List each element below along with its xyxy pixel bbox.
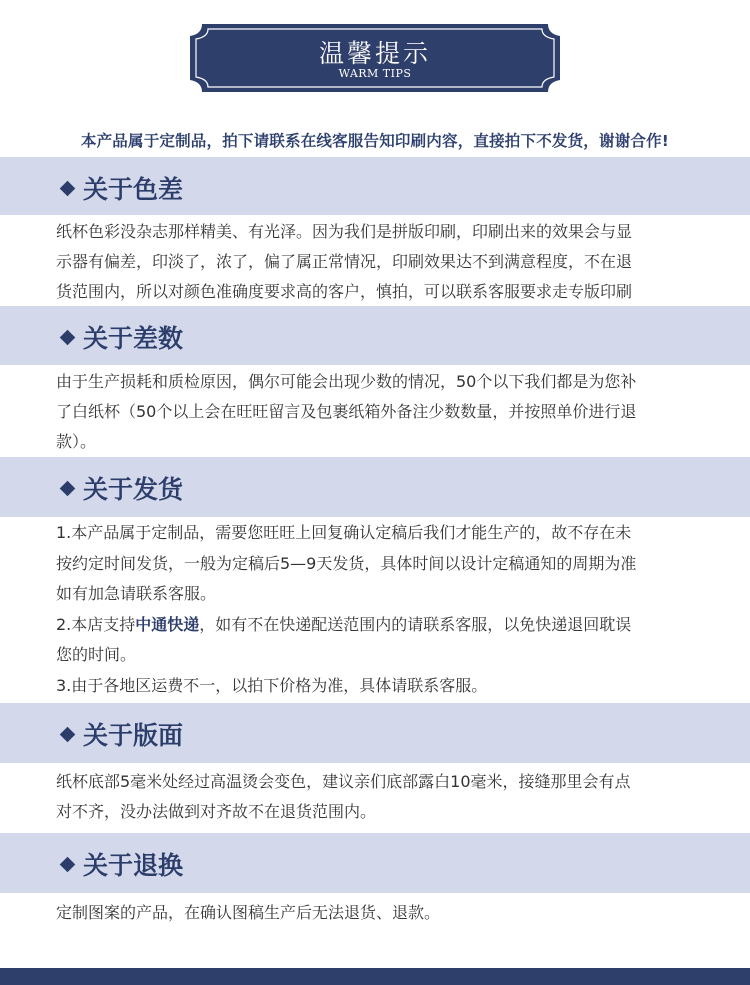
body-line: 1.本产品属于定制品，需要您旺旺上回复确认定稿后我们才能生产的，故不存在未 [56, 518, 706, 549]
body-line: 纸杯底部5毫米处经过高温烫会变色，建议亲们底部露白10毫米，接缝那里会有点 [56, 767, 706, 797]
diamond-icon [60, 726, 76, 742]
body-line: 3.由于各地区运费不一，以拍下价格为准，具体请联系客服。 [56, 671, 706, 702]
section-header-shipping: 关于发货 [0, 457, 750, 517]
body-line: 如有加急请联系客服。 [56, 579, 706, 610]
body-line: 示器有偏差，印淡了，浓了，偏了属正常情况，印刷效果达不到满意程度，不在退 [56, 247, 706, 277]
body-line: 款）。 [56, 427, 706, 457]
text-segment: ，如有不在快递配送范围内的请联系客服，以免快递退回耽误 [199, 615, 631, 634]
body-line: 了白纸杯（50个以上会在旺旺留言及包裹纸箱外备注少数数量，并按照单价进行退 [56, 397, 706, 427]
section-header-returns: 关于退换 [0, 833, 750, 893]
body-line: 2.本店支持中通快递，如有不在快递配送范围内的请联系客服，以免快递退回耽误 [56, 610, 706, 641]
body-line: 货范围内，所以对颜色准确度要求高的客户，慎拍，可以联系客服要求走专版印刷 [56, 277, 706, 307]
footer-bar [0, 968, 750, 985]
diamond-icon [60, 180, 76, 196]
section-title: 关于色差 [83, 170, 183, 206]
banner-title: 温馨提示 [190, 34, 560, 70]
diamond-icon [60, 329, 76, 345]
body-line: 由于生产损耗和质检原因，偶尔可能会出现少数的情况，50个以下我们都是为您补 [56, 367, 706, 397]
section-title: 关于退换 [83, 846, 183, 882]
section-body-shipping: 1.本产品属于定制品，需要您旺旺上回复确认定稿后我们才能生产的，故不存在未 按约… [56, 518, 706, 701]
body-line: 对不齐，没办法做到对齐故不在退货范围内。 [56, 797, 706, 827]
section-body-layout: 纸杯底部5毫米处经过高温烫会变色，建议亲们底部露白10毫米，接缝那里会有点 对不… [56, 767, 706, 827]
body-line: 按约定时间发货，一般为定稿后5—9天发货，具体时间以设计定稿通知的周期为准 [56, 549, 706, 580]
warm-tips-banner: 温馨提示 WARM TIPS [190, 24, 560, 92]
custom-product-notice: 本产品属于定制品，拍下请联系在线客服告知印刷内容，直接拍下不发货，谢谢合作! [0, 129, 750, 151]
body-line: 纸杯色彩没杂志那样精美、有光泽。因为我们是拼版印刷，印刷出来的效果会与显 [56, 217, 706, 247]
body-line: 您的时间。 [56, 640, 706, 671]
section-body-color-difference: 纸杯色彩没杂志那样精美、有光泽。因为我们是拼版印刷，印刷出来的效果会与显 示器有… [56, 217, 706, 307]
diamond-icon [60, 480, 76, 496]
section-body-returns: 定制图案的产品，在确认图稿生产后无法退货、退款。 [56, 898, 706, 928]
body-line: 定制图案的产品，在确认图稿生产后无法退货、退款。 [56, 898, 706, 928]
text-segment: 2.本店支持 [56, 615, 135, 634]
section-body-quantity-shortage: 由于生产损耗和质检原因，偶尔可能会出现少数的情况，50个以下我们都是为您补 了白… [56, 367, 706, 457]
section-header-quantity-shortage: 关于差数 [0, 306, 750, 365]
section-header-color-difference: 关于色差 [0, 157, 750, 215]
courier-highlight: 中通快递 [135, 615, 199, 634]
diamond-icon [60, 856, 76, 872]
section-title: 关于版面 [83, 716, 183, 752]
banner-subtitle: WARM TIPS [190, 67, 560, 80]
section-title: 关于差数 [83, 319, 183, 355]
section-title: 关于发货 [83, 470, 183, 506]
section-header-layout: 关于版面 [0, 703, 750, 763]
